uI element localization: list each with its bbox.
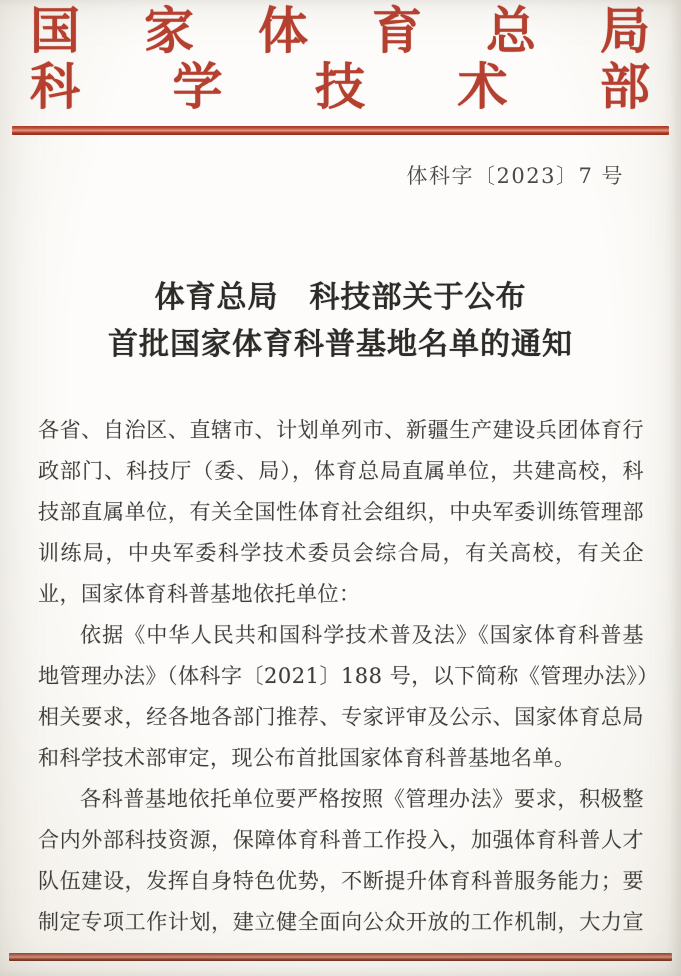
text-line: 地管理办法》（体科字〔2021〕188 号，以下简称《管理办法》） (38, 656, 644, 697)
text-line: 各省、自治区、直辖市、计划单列市、新疆生产建设兵团体育行 (38, 410, 644, 451)
text-line: 依据《中华人民共和国科学技术普及法》《国家体育科普基 (38, 615, 644, 656)
text-line: 制定专项工作计划，建立健全面向公众开放的工作机制，大力宣 (38, 902, 644, 943)
letterhead-line-2: 科学技术部 (30, 59, 650, 115)
page-title-line-1: 体育总局 科技部关于公布 (0, 274, 681, 321)
body-text: 各省、自治区、直辖市、计划单列市、新疆生产建设兵团体育行 政部门、科技厅（委、局… (38, 410, 644, 943)
letterhead: 国家体育总局 科学技术部 (0, 0, 681, 115)
text-line: 合内外部科技资源，保障体育科普工作投入，加强体育科普人才 (38, 820, 644, 861)
doc-number: 体科字〔2023〕7 号 (0, 163, 681, 189)
text-line: 政部门、科技厅（委、局），体育总局直属单位，共建高校，科 (38, 451, 644, 492)
paragraph-requirements: 各科普基地依托单位要严格按照《管理办法》要求，积极整 合内外部科技资源，保障体育… (38, 779, 644, 943)
page-title: 体育总局 科技部关于公布 首批国家体育科普基地名单的通知 (0, 274, 681, 368)
text-line: 业，国家体育科普基地依托单位： (38, 574, 644, 615)
text-line: 队伍建设，发挥自身特色优势，不断提升体育科普服务能力；要 (38, 861, 644, 902)
document-page: 国家体育总局 科学技术部 体科字〔2023〕7 号 体育总局 科技部关于公布 首… (0, 0, 681, 976)
text-line: 相关要求，经各地各部门推荐、专家评审及公示、国家体育总局 (38, 697, 644, 738)
paragraph-basis: 依据《中华人民共和国科学技术普及法》《国家体育科普基 地管理办法》（体科字〔20… (38, 615, 644, 779)
paragraph-addressees: 各省、自治区、直辖市、计划单列市、新疆生产建设兵团体育行 政部门、科技厅（委、局… (38, 410, 644, 615)
text-line: 和科学技术部审定，现公布首批国家体育科普基地名单。 (38, 738, 644, 779)
letterhead-line-1: 国家体育总局 (30, 3, 650, 59)
text-line: 技部直属单位，有关全国性体育社会组织，中央军委训练管理部 (38, 492, 644, 533)
footer-rule (9, 953, 672, 961)
header-rule (12, 126, 669, 135)
page-title-line-2: 首批国家体育科普基地名单的通知 (0, 321, 681, 368)
text-line: 训练局，中央军委科学技术委员会综合局，有关高校，有关企 (38, 533, 644, 574)
text-line: 各科普基地依托单位要严格按照《管理办法》要求，积极整 (38, 779, 644, 820)
